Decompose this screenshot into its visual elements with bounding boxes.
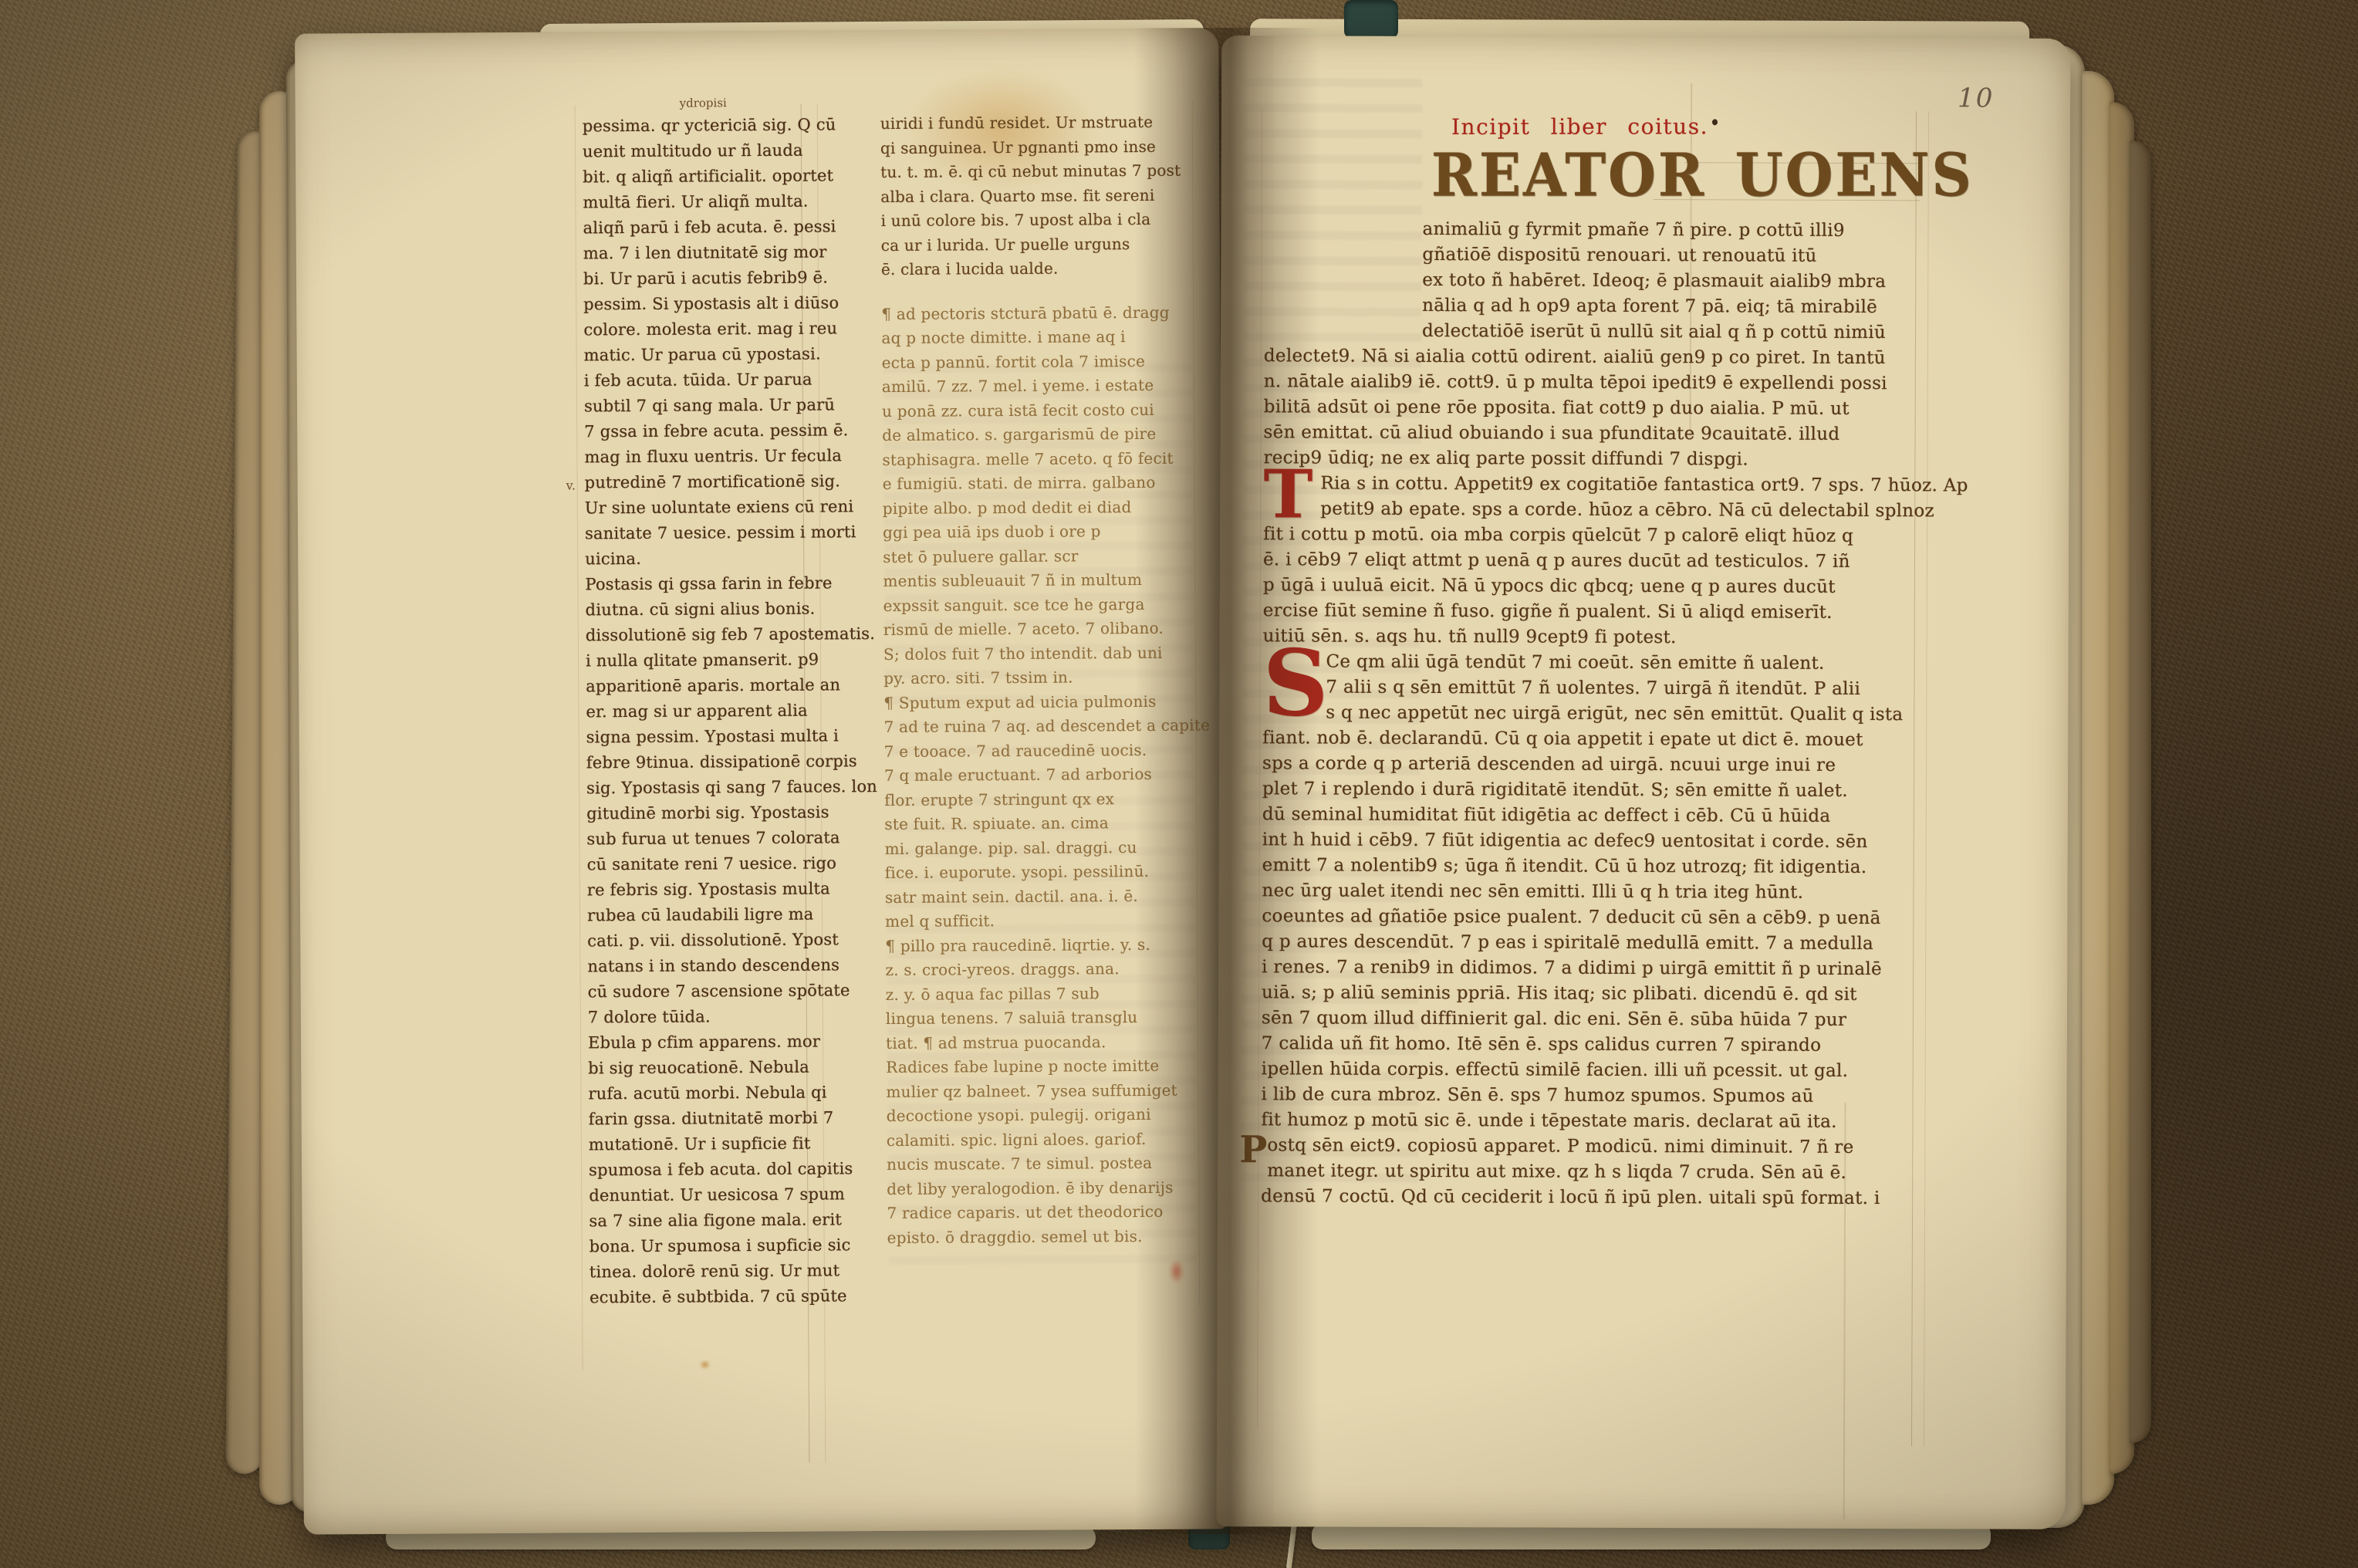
- text-line: sps a corde q p arteriā descenden ad uir…: [1262, 751, 1918, 779]
- text-line: 7 radice caparis. ut det theodorico: [887, 1200, 1203, 1226]
- text-rule-right-2: [1924, 111, 1929, 1446]
- text-line: fit i cottu p motū. oia mba corpis qūelc…: [1263, 522, 1919, 549]
- paragraph-opening-full: delectet9. Nā si aialia cottū odirent. a…: [1263, 343, 1920, 473]
- text-line: 7 e tooace. 7 ad raucedinē uocis.: [884, 738, 1201, 764]
- text-line: natans i in stando descendens: [587, 953, 819, 980]
- text-line: sub furua ut tenues 7 colorata: [586, 826, 818, 853]
- text-line: recip9 ūdiq; ne ex aliq parte possit dif…: [1263, 445, 1919, 473]
- text-line: p ūgā i uuluā eicit. Nā ū ypocs dic qbcq…: [1263, 573, 1919, 600]
- text-line: z. y. ō aqua fac pillas 7 sub: [886, 981, 1202, 1007]
- right-page: 10 Incipit liber coitus. REATOR UOENS an…: [1217, 35, 2071, 1529]
- text-line: calamiti. spic. ligni aloes. gariof.: [887, 1127, 1203, 1153]
- margin-mark: v.: [566, 478, 576, 492]
- text-line: ostq sēn eict9. copiosū apparet. P modic…: [1261, 1133, 1917, 1161]
- text-line: delectatiōē iserūt ū nullū sit aial q ñ …: [1422, 319, 1920, 346]
- page-number: 10: [1958, 83, 1994, 113]
- text-line: ¶ ad pectoris stcturā pbatū ē. dragg: [881, 300, 1198, 326]
- text-line: pessim. Si ypostasis alt i diūso: [583, 291, 815, 318]
- text-line: gñatiōē dispositū renouari. ut renouatū …: [1422, 242, 1920, 269]
- parchment-spot-bottom: [700, 1360, 711, 1369]
- text-line: episto. ō draggdio. semel ut bis.: [887, 1224, 1204, 1250]
- text-line: Ria s in cottu. Appetit9 ex cogitatiōe f…: [1263, 471, 1919, 498]
- text-line: 7 ad te ruina 7 aq. ad descendet a capit…: [883, 714, 1200, 740]
- text-line: sanitate 7 uesice. pessim i morti: [585, 520, 816, 547]
- text-line: uicina.: [585, 546, 816, 573]
- text-line: amilū. 7 zz. 7 mel. i yeme. i estate: [882, 373, 1198, 400]
- text-line: sig. Ypostasis qi sang 7 fauces. lon: [586, 775, 818, 802]
- text-line: coeuntes ad gñatiōe psice pualent. 7 ded…: [1262, 904, 1917, 931]
- text-line: febre 9tinua. dissipationē corpis: [586, 749, 818, 776]
- text-line: signa pessim. Ypostasi multa i: [586, 724, 818, 751]
- text-line: ma. 7 i len diutnitatē sig mor: [583, 240, 815, 267]
- text-line: lingua tenens. 7 saluiā transglu: [886, 1005, 1202, 1032]
- text-line: bilitā adsūt oi pene rōe pposita. fiat c…: [1264, 394, 1920, 422]
- text-line: i nulla qlitate pmanserit. p9: [586, 647, 817, 674]
- text-line: tu. t. m. ē. qi cū nebut minutas 7 post: [880, 159, 1197, 185]
- text-line: tiat. ¶ ad mstrua puocanda.: [886, 1029, 1202, 1056]
- text-line: flor. erupte 7 stringunt qx ex: [884, 786, 1201, 813]
- text-line: [881, 280, 1198, 302]
- paragraph-opening-indented: animaliū g fyrmit pmañe 7 ñ pire. p cott…: [1422, 217, 1921, 346]
- text-line: s q nec appetūt nec uirgā erigūt, nec sē…: [1262, 700, 1918, 728]
- text-line: fice. i. euporute. ysopi. pessilinū.: [885, 860, 1201, 886]
- endband-top: [1344, 0, 1398, 39]
- text-line: manet itegr. ut spiritu aut mixe. qz h s…: [1261, 1158, 1917, 1186]
- text-line: putredinē 7 mortificationē sig.: [585, 469, 816, 496]
- text-line: ex toto ñ habēret. Ideoq; ē plasmauit ai…: [1422, 268, 1920, 295]
- text-line: petit9 ab epate. sps a corde. hūoz a cēb…: [1263, 496, 1919, 524]
- text-line: 7 calida uñ fit homo. Itē sēn ē. sps cal…: [1262, 1031, 1917, 1059]
- illuminated-initial-T: T: [1263, 471, 1320, 522]
- text-line: dū seminal humiditat fiūt idigētia ac de…: [1262, 802, 1918, 830]
- text-line: dissolutionē sig feb 7 apostematis.: [586, 622, 817, 649]
- text-line: cū sanitate reni 7 uesice. rigo: [587, 851, 819, 878]
- text-line: sa 7 sine alia figone mala. erit: [589, 1208, 820, 1235]
- text-line: sēn 7 quom illud diffinierit gal. dic en…: [1262, 1005, 1917, 1033]
- text-line: cū sudore 7 ascensione spōtate: [588, 978, 819, 1005]
- text-line: apparitionē aparis. mortale an: [586, 673, 817, 700]
- left-page-column-1: pessima. qr yctericiā sig. Q cūuenit mul…: [583, 113, 821, 1311]
- paragraph-postquam: Postq sēn eict9. copiosū apparet. P modi…: [1261, 1133, 1917, 1211]
- text-line: stet ō puluere gallar. scr: [883, 543, 1199, 569]
- text-line: Ce qm alii ūgā tendūt 7 mi coeūt. sēn em…: [1262, 649, 1918, 677]
- text-line: Ur sine uoluntate exiens cū reni: [585, 495, 816, 522]
- text-line: subtil 7 qi sang mala. Ur parū: [584, 393, 816, 420]
- text-line: fiant. nob ē. declarandū. Cū q oia appet…: [1262, 725, 1918, 753]
- photograph-of-open-manuscript: ydropisi v. pessima. qr yctericiā sig. Q…: [0, 0, 2358, 1568]
- text-line: mutationē. Ur i supficie fit: [589, 1131, 820, 1158]
- paragraph-scire-quoniam: SCe qm alii ūgā tendūt 7 mi coeūt. sēn e…: [1261, 649, 1918, 1135]
- text-line: ecta p pannū. fortit cola 7 imisce: [882, 349, 1198, 375]
- text-line: delectet9. Nā si aialia cottū odirent. a…: [1264, 343, 1920, 371]
- text-line: pessima. qr yctericiā sig. Q cū: [583, 113, 814, 140]
- text-line: rufa. acutū morbi. Nebula qi: [588, 1080, 819, 1107]
- text-line: ecubite. ē subtbida. 7 cū spūte: [589, 1284, 821, 1311]
- text-line: mi. galange. pip. sal. draggi. cu: [884, 835, 1201, 861]
- text-line: animaliū g fyrmit pmañe 7 ñ pire. p cott…: [1422, 217, 1920, 244]
- text-line: i feb acuta. tūida. Ur parua: [584, 367, 816, 394]
- text-line: de almatico. s. gargarismū de pire: [882, 422, 1198, 448]
- text-line: i renes. 7 a renib9 in didimos. 7 a didi…: [1262, 955, 1917, 982]
- text-line: Radices fabe lupine p nocte imitte: [886, 1054, 1202, 1080]
- text-line: gitudinē morbi sig. Ypostasis: [586, 800, 818, 827]
- text-line: mag in fluxu uentris. Ur fecula: [584, 444, 816, 471]
- text-line: colore. molesta erit. mag i reu: [583, 316, 815, 343]
- text-line: staphisagra. melle 7 aceto. q fō fecit: [882, 446, 1198, 472]
- text-line: rubea cū laudabili ligre ma: [587, 902, 819, 929]
- text-line: ca ur i lurida. Ur puelle urguns: [881, 231, 1198, 258]
- text-line: fit humoz p motū sic ē. unde i tēpestate…: [1261, 1107, 1917, 1135]
- text-line: rismū de mielle. 7 aceto. 7 olibano.: [883, 617, 1200, 643]
- text-line: emitt 7 a nolentib9 s; ūga ñ itendit. Cū…: [1262, 853, 1918, 880]
- text-line: nucis muscate. 7 te simul. postea: [887, 1151, 1203, 1178]
- text-line: i lib de cura mbroz. Sēn ē. sps 7 humoz …: [1262, 1082, 1917, 1110]
- text-line: aliqñ parū i feb acuta. ē. pessi: [583, 215, 815, 242]
- text-line: n. nātale aialib9 iē. cott9. ū p multa t…: [1264, 369, 1920, 397]
- text-line: aq p nocte dimitte. i mane aq i: [881, 325, 1198, 351]
- text-line: sēn emittat. cū aliud obuiando i sua pfu…: [1264, 420, 1920, 448]
- text-line: satr maint sein. dactil. ana. i. ē.: [885, 884, 1201, 910]
- text-line: ¶ pillo pra raucedinē. liqrtie. y. s.: [885, 932, 1201, 958]
- interlinear-note: ydropisi: [680, 96, 727, 110]
- text-line: 7 dolore tūida.: [588, 1004, 819, 1031]
- text-line: alba i clara. Quarto mse. fit sereni: [880, 183, 1197, 209]
- text-line: 7 gssa in febre acuta. pessim ē.: [584, 418, 816, 445]
- heading-display-capitals: REATOR UOENS: [1431, 140, 1974, 210]
- text-line: bona. Ur spumosa i supficie sic: [589, 1233, 821, 1260]
- text-line: multā fieri. Ur aliqñ multa.: [583, 189, 814, 216]
- text-line: i unū colore bis. 7 upost alba i cla: [880, 208, 1197, 234]
- right-page-text-block: animaliū g fyrmit pmañe 7 ñ pire. p cott…: [1261, 216, 1920, 1211]
- text-line: farin gssa. diutnitatē morbi 7: [589, 1106, 820, 1133]
- text-line: bi sig reuocationē. Nebula: [588, 1055, 819, 1082]
- left-page: ydropisi v. pessima. qr yctericiā sig. Q…: [295, 28, 1228, 1534]
- text-line: plet 7 i replendo i durā rigiditatē iten…: [1262, 776, 1918, 804]
- rubric-incipit: Incipit liber coitus.: [1451, 113, 1708, 140]
- text-line: nec ūrg ualet itendi nec sēn emitti. Ill…: [1262, 878, 1917, 906]
- text-line: ggi pea uiā ips duob i ore p: [883, 519, 1199, 546]
- text-line: nālia q ad h op9 apta forent 7 pā. eiq; …: [1422, 293, 1920, 320]
- text-line: py. acro. siti. 7 tssim in.: [883, 665, 1200, 691]
- text-line: mentis subleuauit 7 ñ in multum: [883, 568, 1199, 594]
- text-line: u ponā zz. cura istā fecit costo cui: [882, 397, 1198, 424]
- text-line: det liby yeralogodion. ē iby denarijs: [887, 1175, 1203, 1201]
- text-line: ercise fiūt semine ñ fuso. gigñe ñ puale…: [1263, 598, 1919, 626]
- text-line: densū 7 coctū. Qd cū ceciderit i locū ñ …: [1261, 1184, 1917, 1211]
- text-line: Postasis qi gssa farin in febre: [585, 571, 816, 598]
- right-fore-edge-4: [2130, 140, 2151, 1443]
- text-line: q p aures descendūt. 7 p eas i spiritalē…: [1262, 929, 1917, 957]
- text-line: cati. p. vii. dissolutionē. Ypost: [587, 928, 819, 955]
- text-line: int h huid i cēb9. 7 fiūt idigentia ac d…: [1262, 827, 1918, 855]
- text-line: 7 q male eructuant. 7 ad arborios: [884, 762, 1201, 789]
- text-line: ē. clara i lucida ualde.: [881, 256, 1198, 282]
- text-line: uiridi i fundū residet. Ur mstruate: [880, 110, 1197, 137]
- text-line: re febris sig. Ypostasis multa: [587, 877, 819, 904]
- text-line: 7 alii s q sēn emittūt 7 ñ uolentes. 7 u…: [1262, 674, 1918, 702]
- ink-speck: [1712, 119, 1718, 125]
- text-line: diutna. cū signi alius bonis.: [586, 596, 817, 623]
- left-page-column-2: uiridi i fundū residet. Ur mstruateqi sa…: [880, 110, 1204, 1250]
- text-line: ipellen hūida corpis. effectū similē fac…: [1262, 1056, 1917, 1084]
- text-line: Ebula p cfim apparens. mor: [588, 1029, 819, 1056]
- paragraph-tria-sunt: TRia s in cottu. Appetit9 ex cogitatiōe …: [1263, 471, 1920, 651]
- text-line: ste fuit. R. spiuate. an. cima: [884, 811, 1201, 837]
- text-line: z. s. croci-yreos. draggs. ana.: [885, 957, 1201, 983]
- text-line: mulier qz balneet. 7 ysea suffumiget: [886, 1078, 1202, 1104]
- illuminated-initial-S: S: [1262, 649, 1326, 725]
- text-line: qi sanguinea. Ur pgnanti pmo inse: [880, 134, 1197, 161]
- text-line: ¶ Sputum exput ad uicia pulmonis: [883, 689, 1200, 715]
- text-line: decoctione ysopi. pulegij. origani: [887, 1103, 1203, 1129]
- text-line: denuntiat. Ur uesicosa 7 spum: [589, 1182, 820, 1209]
- text-line: uenit multitudo ur ñ lauda: [583, 138, 814, 165]
- text-line: bit. q aliqñ artificialit. oportet: [583, 164, 814, 191]
- text-line: mel q sufficit.: [885, 908, 1201, 934]
- text-line: uiā. s; p aliū seminis ppriā. His itaq; …: [1262, 980, 1917, 1008]
- text-line: e fumigiū. stati. de mirra. galbano: [883, 471, 1199, 497]
- text-line: matic. Ur parua cū ypostasi.: [584, 342, 816, 369]
- text-line: bi. Ur parū i acutis febrib9 ē.: [583, 265, 815, 292]
- column-rule-left: [575, 105, 583, 1370]
- text-line: uitiū sēn. s. aqs hu. tñ null9 9cept9 fi…: [1263, 623, 1919, 651]
- text-line: tinea. dolorē renū sig. Ur mut: [589, 1259, 821, 1286]
- text-line: pipite albo. p mod dedit ei diad: [883, 495, 1199, 521]
- text-line: ē. i cēb9 7 eliqt attmt p uenā q p aures…: [1263, 547, 1919, 575]
- text-line: S; dolos fuit 7 tho intendit. dab uni: [883, 640, 1200, 667]
- text-line: spumosa i feb acuta. dol capitis: [589, 1157, 820, 1184]
- illuminated-initial-P: P: [1239, 1133, 1267, 1171]
- text-line: expssit sanguit. sce tce he garga: [883, 592, 1200, 618]
- parchment-stain-gutter-red: [1170, 1260, 1184, 1283]
- text-line: er. mag si ur apparent alia: [586, 698, 817, 725]
